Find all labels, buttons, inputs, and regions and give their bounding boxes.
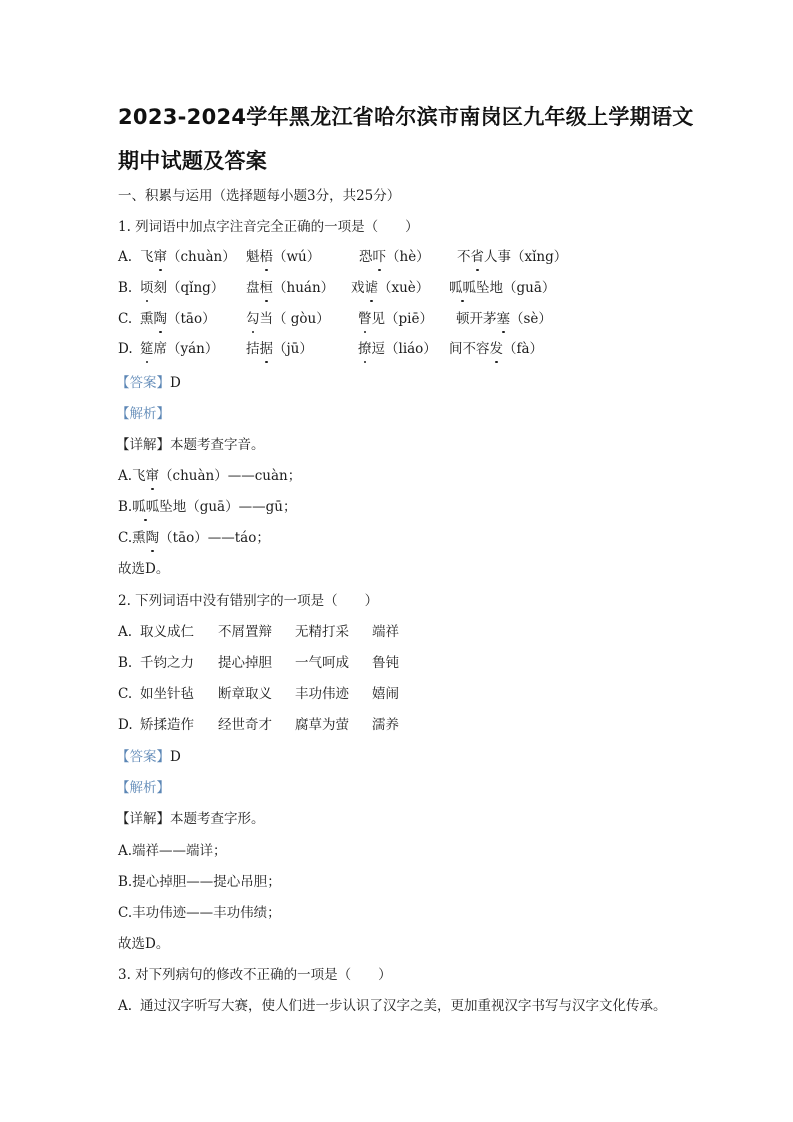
option-letter: B. bbox=[118, 654, 132, 672]
analysis-label: 【解析】 bbox=[116, 780, 170, 796]
question-1-explanation-b: B.呱呱坠地（guā）——gū； bbox=[118, 498, 296, 516]
option-item: 恐吓（hè） bbox=[359, 248, 430, 266]
option-item: 盘桓（huán） bbox=[246, 279, 334, 297]
dotted-char: 吓 bbox=[373, 248, 387, 266]
detail-text: 本题考查字音。 bbox=[170, 437, 265, 453]
option-item: 魁梧（wú） bbox=[246, 248, 320, 266]
option-item: 飞窜（chuàn） bbox=[140, 248, 236, 266]
option-letter: B. bbox=[118, 279, 132, 297]
option-item: 丰功伟迹 bbox=[295, 685, 349, 703]
option-item: 如坐针毡 bbox=[140, 685, 194, 703]
option-item: 濡养 bbox=[372, 716, 399, 734]
dotted-char: 陶 bbox=[154, 310, 168, 328]
option-item: 取义成仁 bbox=[140, 623, 194, 641]
option-letter: C. bbox=[118, 310, 132, 328]
option-letter: D. bbox=[118, 340, 133, 358]
document-page: 2023-2024学年黑龙江省哈尔滨市南岗区九年级上学期语文 期中试题及答案 一… bbox=[0, 0, 793, 1122]
detail-label: 【详解】 bbox=[116, 811, 170, 827]
option-item: 熏陶（tāo） bbox=[140, 310, 216, 328]
dotted-char: 窜 bbox=[146, 467, 160, 485]
answer-value: D bbox=[170, 375, 181, 391]
question-1-explanation-c: C.熏陶（tāo）——táo； bbox=[118, 529, 270, 547]
answer-value: D bbox=[170, 749, 181, 765]
dotted-char: 瞥 bbox=[358, 310, 372, 328]
answer-label: 【答案】 bbox=[116, 749, 170, 765]
option-item: 端祥 bbox=[372, 623, 399, 641]
question-2-explanation-c: C.丰功伟迹——丰功伟绩； bbox=[118, 904, 281, 922]
option-item: 不屑置辩 bbox=[218, 623, 272, 641]
option-item: 无精打采 bbox=[295, 623, 349, 641]
dotted-char: 窜 bbox=[154, 248, 168, 266]
answer-label: 【答案】 bbox=[116, 375, 170, 391]
dotted-char: 呱呱 bbox=[132, 498, 159, 516]
option-item: 千钧之力 bbox=[140, 654, 194, 672]
question-1-explanation-a: A.飞窜（chuàn）——cuàn； bbox=[118, 467, 301, 485]
dotted-char: 塞 bbox=[497, 310, 511, 328]
option-item: 呱呱坠地（guā） bbox=[449, 279, 555, 297]
question-1-stem: 1. 列词语中加点字注音完全正确的一项是（ ） bbox=[118, 218, 419, 236]
dotted-char: 省 bbox=[471, 248, 485, 266]
option-item: 断章取义 bbox=[218, 685, 272, 703]
option-letter: A. bbox=[118, 248, 132, 266]
dotted-char: 发 bbox=[490, 340, 504, 358]
option-item: 经世奇才 bbox=[218, 716, 272, 734]
question-2-explanation-b: B.提心掉胆——提心吊胆； bbox=[118, 873, 281, 891]
option-letter: D. bbox=[118, 716, 133, 734]
dotted-char: 呱呱 bbox=[449, 279, 476, 297]
option-item: 撩逗（liáo） bbox=[358, 340, 437, 358]
option-letter: A. bbox=[118, 623, 132, 641]
dotted-char: 筵 bbox=[140, 340, 154, 358]
option-item: 戏谑（xuè） bbox=[351, 279, 429, 297]
dotted-char: 谑 bbox=[365, 279, 379, 297]
question-1-conclusion: 故选D。 bbox=[118, 560, 169, 578]
section-heading: 一、积累与运用（选择题每小题3分，共25分） bbox=[118, 187, 400, 205]
option-item: 嬉闹 bbox=[372, 685, 399, 703]
question-2-analysis-label: 【解析】 bbox=[116, 779, 170, 797]
option-item: 拮据（jū） bbox=[246, 340, 313, 358]
question-1-answer: 【答案】D bbox=[116, 374, 181, 392]
option-item: 顷刻（qǐng） bbox=[140, 279, 224, 297]
question-2-detail: 【详解】本题考查字形。 bbox=[116, 810, 265, 828]
dotted-char: 勾 bbox=[246, 310, 260, 328]
option-item: 瞥见（piē） bbox=[358, 310, 433, 328]
option-item: 勾当（ gòu） bbox=[246, 310, 330, 328]
dotted-char: 桓 bbox=[260, 279, 274, 297]
dotted-char: 撩 bbox=[358, 340, 372, 358]
question-1-detail: 【详解】本题考查字音。 bbox=[116, 436, 265, 454]
option-letter: C. bbox=[118, 685, 132, 703]
question-2-stem: 2. 下列词语中没有错别字的一项是（ ） bbox=[118, 592, 378, 610]
dotted-char: 梧 bbox=[260, 248, 274, 266]
option-item: 一气呵成 bbox=[295, 654, 349, 672]
option-item: 筵席（yán） bbox=[140, 340, 218, 358]
option-item: 提心掉胆 bbox=[218, 654, 272, 672]
detail-label: 【详解】 bbox=[116, 437, 170, 453]
option-item: 间不容发（fà） bbox=[449, 340, 543, 358]
dotted-char: 据 bbox=[260, 340, 274, 358]
option-item: 鲁钝 bbox=[372, 654, 399, 672]
dotted-char: 陶 bbox=[146, 529, 160, 547]
analysis-label: 【解析】 bbox=[116, 406, 170, 422]
question-1-analysis-label: 【解析】 bbox=[116, 405, 170, 423]
option-item: 矫揉造作 bbox=[140, 716, 194, 734]
option-text: 通过汉字听写大赛，使人们进一步认识了汉字之美，更加重视汉字书写与汉字文化传承。 bbox=[140, 997, 667, 1015]
dotted-char: 顷 bbox=[140, 279, 154, 297]
question-2-answer: 【答案】D bbox=[116, 748, 181, 766]
option-item: 不省人事（xǐng） bbox=[457, 248, 567, 266]
option-item: 腐草为萤 bbox=[295, 716, 349, 734]
question-2-explanation-a: A.端祥——端详； bbox=[118, 842, 227, 860]
detail-text: 本题考查字形。 bbox=[170, 811, 265, 827]
document-title-line-2: 期中试题及答案 bbox=[118, 145, 267, 175]
option-letter: A. bbox=[118, 997, 132, 1015]
question-3-stem: 3. 对下列病句的修改不正确的一项是（ ） bbox=[118, 966, 392, 984]
document-title-line-1: 2023-2024学年黑龙江省哈尔滨市南岗区九年级上学期语文 bbox=[118, 101, 694, 131]
question-2-conclusion: 故选D。 bbox=[118, 935, 169, 953]
option-item: 顿开茅塞（sè） bbox=[456, 310, 552, 328]
